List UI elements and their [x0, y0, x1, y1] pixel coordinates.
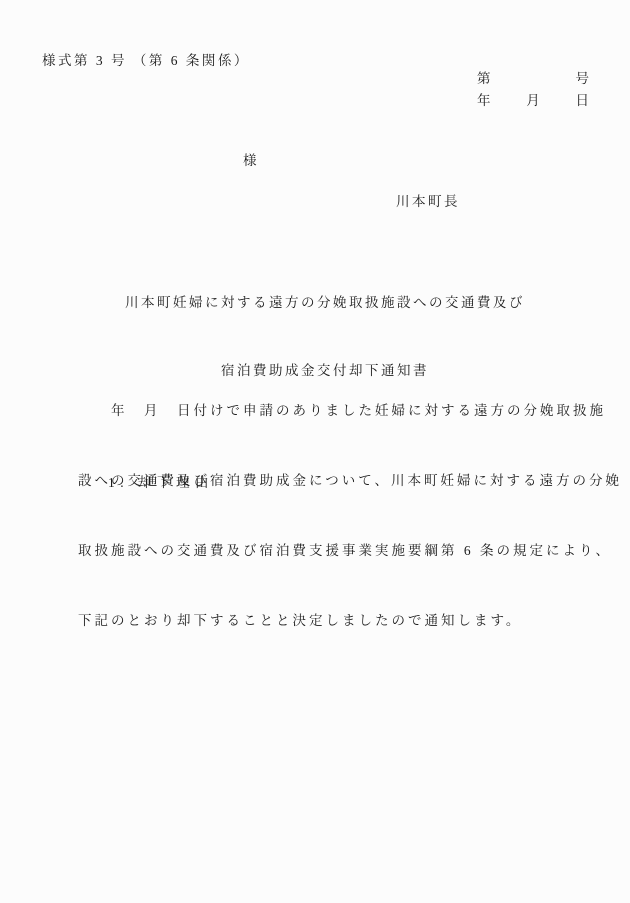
document-number-line: 第 号 [477, 67, 589, 87]
date-day-label: 日 [576, 89, 590, 109]
body-paragraph: 年 月 日付けで申請のありました妊婦に対する遠方の分娩取扱施 設への交通費及び宿… [78, 352, 630, 680]
document-number-prefix: 第 [477, 67, 491, 87]
body-line: 年 月 日付けで申請のありました妊婦に対する遠方の分娩取扱施 [78, 399, 630, 422]
date-line: 年 月 日 [477, 89, 589, 109]
date-year-label: 年 [477, 89, 491, 109]
sender-name: 川本町長 [396, 190, 460, 210]
addressee-honorific: 様 [243, 149, 260, 169]
body-line: 下記のとおり却下することと決定しましたので通知します。 [78, 609, 630, 632]
body-line: 取扱施設への交通費及び宿泊費支援事業実施要綱第 6 条の規定により、 [78, 539, 630, 562]
document-number-suffix: 号 [576, 67, 590, 87]
document-page: 様式第 3 号 （第 6 条関係） 第 号 年 月 日 様 川本町長 川本町妊婦… [0, 0, 630, 903]
form-number: 様式第 3 号 （第 6 条関係） [42, 49, 250, 69]
document-title-line1: 川本町妊婦に対する遠方の分娩取扱施設への交通費及び [68, 292, 582, 315]
date-month-label: 月 [526, 89, 540, 109]
rejection-reason-label: 1. 却下理由 [108, 471, 214, 491]
